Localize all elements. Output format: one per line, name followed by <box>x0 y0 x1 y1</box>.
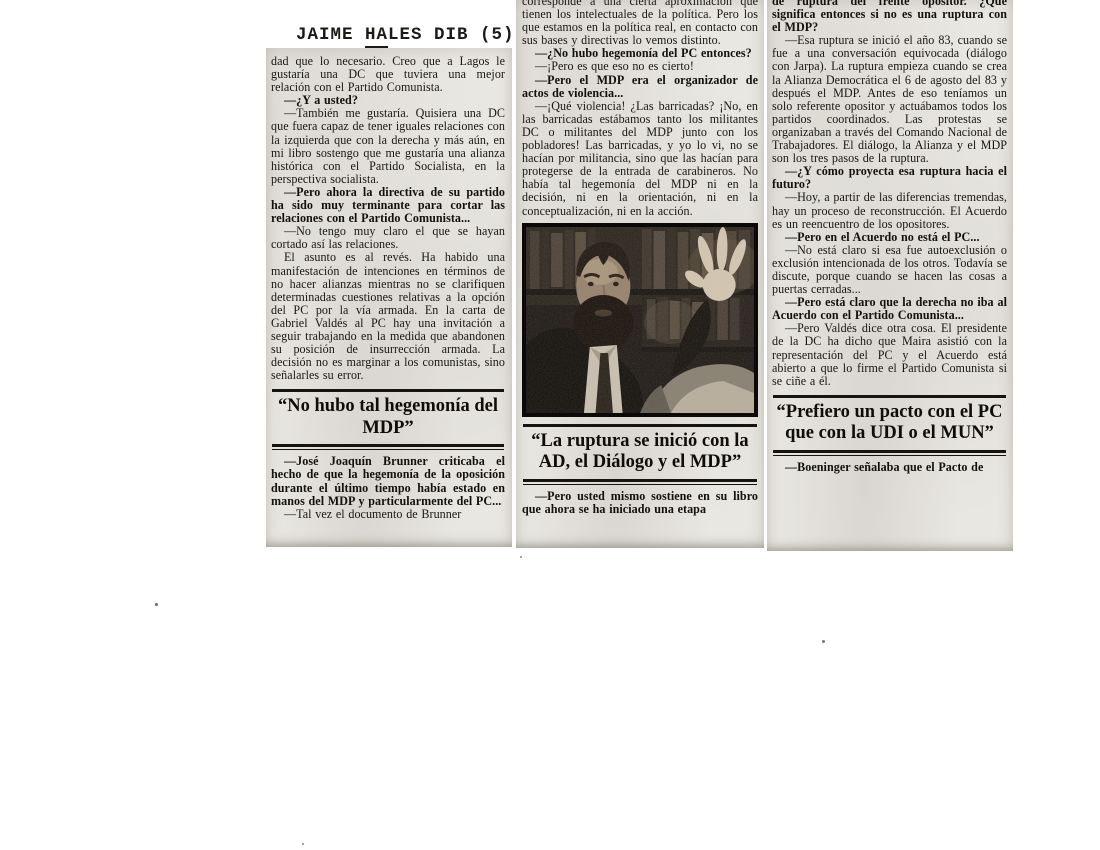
section-headline: “La ruptura se inició con la AD, el Diál… <box>525 431 755 474</box>
body-paragraph: El asunto es al revés. Ha habido una man… <box>271 251 505 382</box>
column-middle: corresponde a una cierta aproximación qu… <box>516 0 764 548</box>
article-title: JAIME HALES DIB (5) <box>296 25 515 45</box>
article-title-part-pre: JAIME <box>296 25 365 45</box>
body-paragraph: —No está claro si esa fue autoexclusión … <box>772 244 1007 296</box>
body-paragraph: —Tal vez el documento de Brunner <box>271 508 505 521</box>
article-title-part-post: LES DIB (5) <box>388 25 515 45</box>
body-paragraph: —Esa ruptura se inició el año 83, cuando… <box>772 34 1007 165</box>
question-paragraph: —Pero está claro que la derecha no iba a… <box>772 296 1007 322</box>
body-paragraph: dad que lo necesario. Creo que a Lagos l… <box>271 55 505 94</box>
scan-speck <box>520 556 522 558</box>
body-paragraph: —También me gustaría. Quisiera una DC qu… <box>271 107 505 186</box>
scan-speck <box>822 640 825 643</box>
body-paragraph: —No tengo muy claro el que se hayan cort… <box>271 225 505 251</box>
interview-photo <box>522 223 758 417</box>
section-headline: “Prefiero un pacto con el PC que con la … <box>775 402 1004 445</box>
scan-speck <box>302 843 304 845</box>
question-paragraph: —José Joaquín Brunner criticaba el hecho… <box>271 455 505 507</box>
body-paragraph: —¡Qué violencia! ¿Las barricadas? ¡No, e… <box>522 100 758 218</box>
headline-rule-bottom <box>272 444 504 447</box>
headline-rule-top <box>272 389 504 392</box>
question-paragraph: de ruptura del frente opositor. ¿Qué sig… <box>772 0 1007 34</box>
body-paragraph: —¡Pero es que eso no es cierto! <box>522 60 758 73</box>
body-paragraph: corresponde a una cierta aproximación qu… <box>522 0 758 47</box>
article-title-underlined-part: HA <box>365 25 388 48</box>
question-paragraph: —Pero el MDP era el organizador de actos… <box>522 74 758 100</box>
scanned-newspaper-page: JAIME HALES DIB (5) dad que lo necesario… <box>0 0 1100 850</box>
question-paragraph: —Pero usted mismo sostiene en su libro q… <box>522 490 758 516</box>
headline-rule-top <box>773 395 1006 398</box>
column-right: de ruptura del frente opositor. ¿Qué sig… <box>767 0 1013 551</box>
question-paragraph: —Pero en el Acuerdo no está el PC... <box>772 231 1007 244</box>
headline-block: “No hubo tal hegemonía del MDP” <box>272 389 504 450</box>
body-paragraph: —Hoy, a partir de las diferencias tremen… <box>772 191 1007 230</box>
interview-photo-art <box>526 227 754 413</box>
body-paragraph: —Pero Valdés dice otra cosa. El presiden… <box>772 322 1007 387</box>
column-left: dad que lo necesario. Creo que a Lagos l… <box>266 48 512 547</box>
headline-rule-bottom-thin <box>773 455 1006 456</box>
headline-block: “Prefiero un pacto con el PC que con la … <box>773 395 1006 456</box>
headline-rule-bottom-thin <box>523 484 757 485</box>
question-paragraph: —Boeninger señalaba que el Pacto de <box>772 461 1007 474</box>
headline-rule-bottom <box>773 450 1006 453</box>
question-paragraph: —¿Y cómo proyecta esa ruptura hacia el f… <box>772 165 1007 191</box>
headline-block: “La ruptura se inició con la AD, el Diál… <box>523 424 757 485</box>
question-paragraph: —Pero ahora la directiva de su partido h… <box>271 186 505 225</box>
section-headline: “No hubo tal hegemonía del MDP” <box>274 396 502 439</box>
headline-rule-bottom <box>523 479 757 482</box>
headline-rule-bottom-thin <box>272 449 504 450</box>
scan-speck <box>155 603 158 606</box>
headline-rule-top <box>523 424 757 427</box>
